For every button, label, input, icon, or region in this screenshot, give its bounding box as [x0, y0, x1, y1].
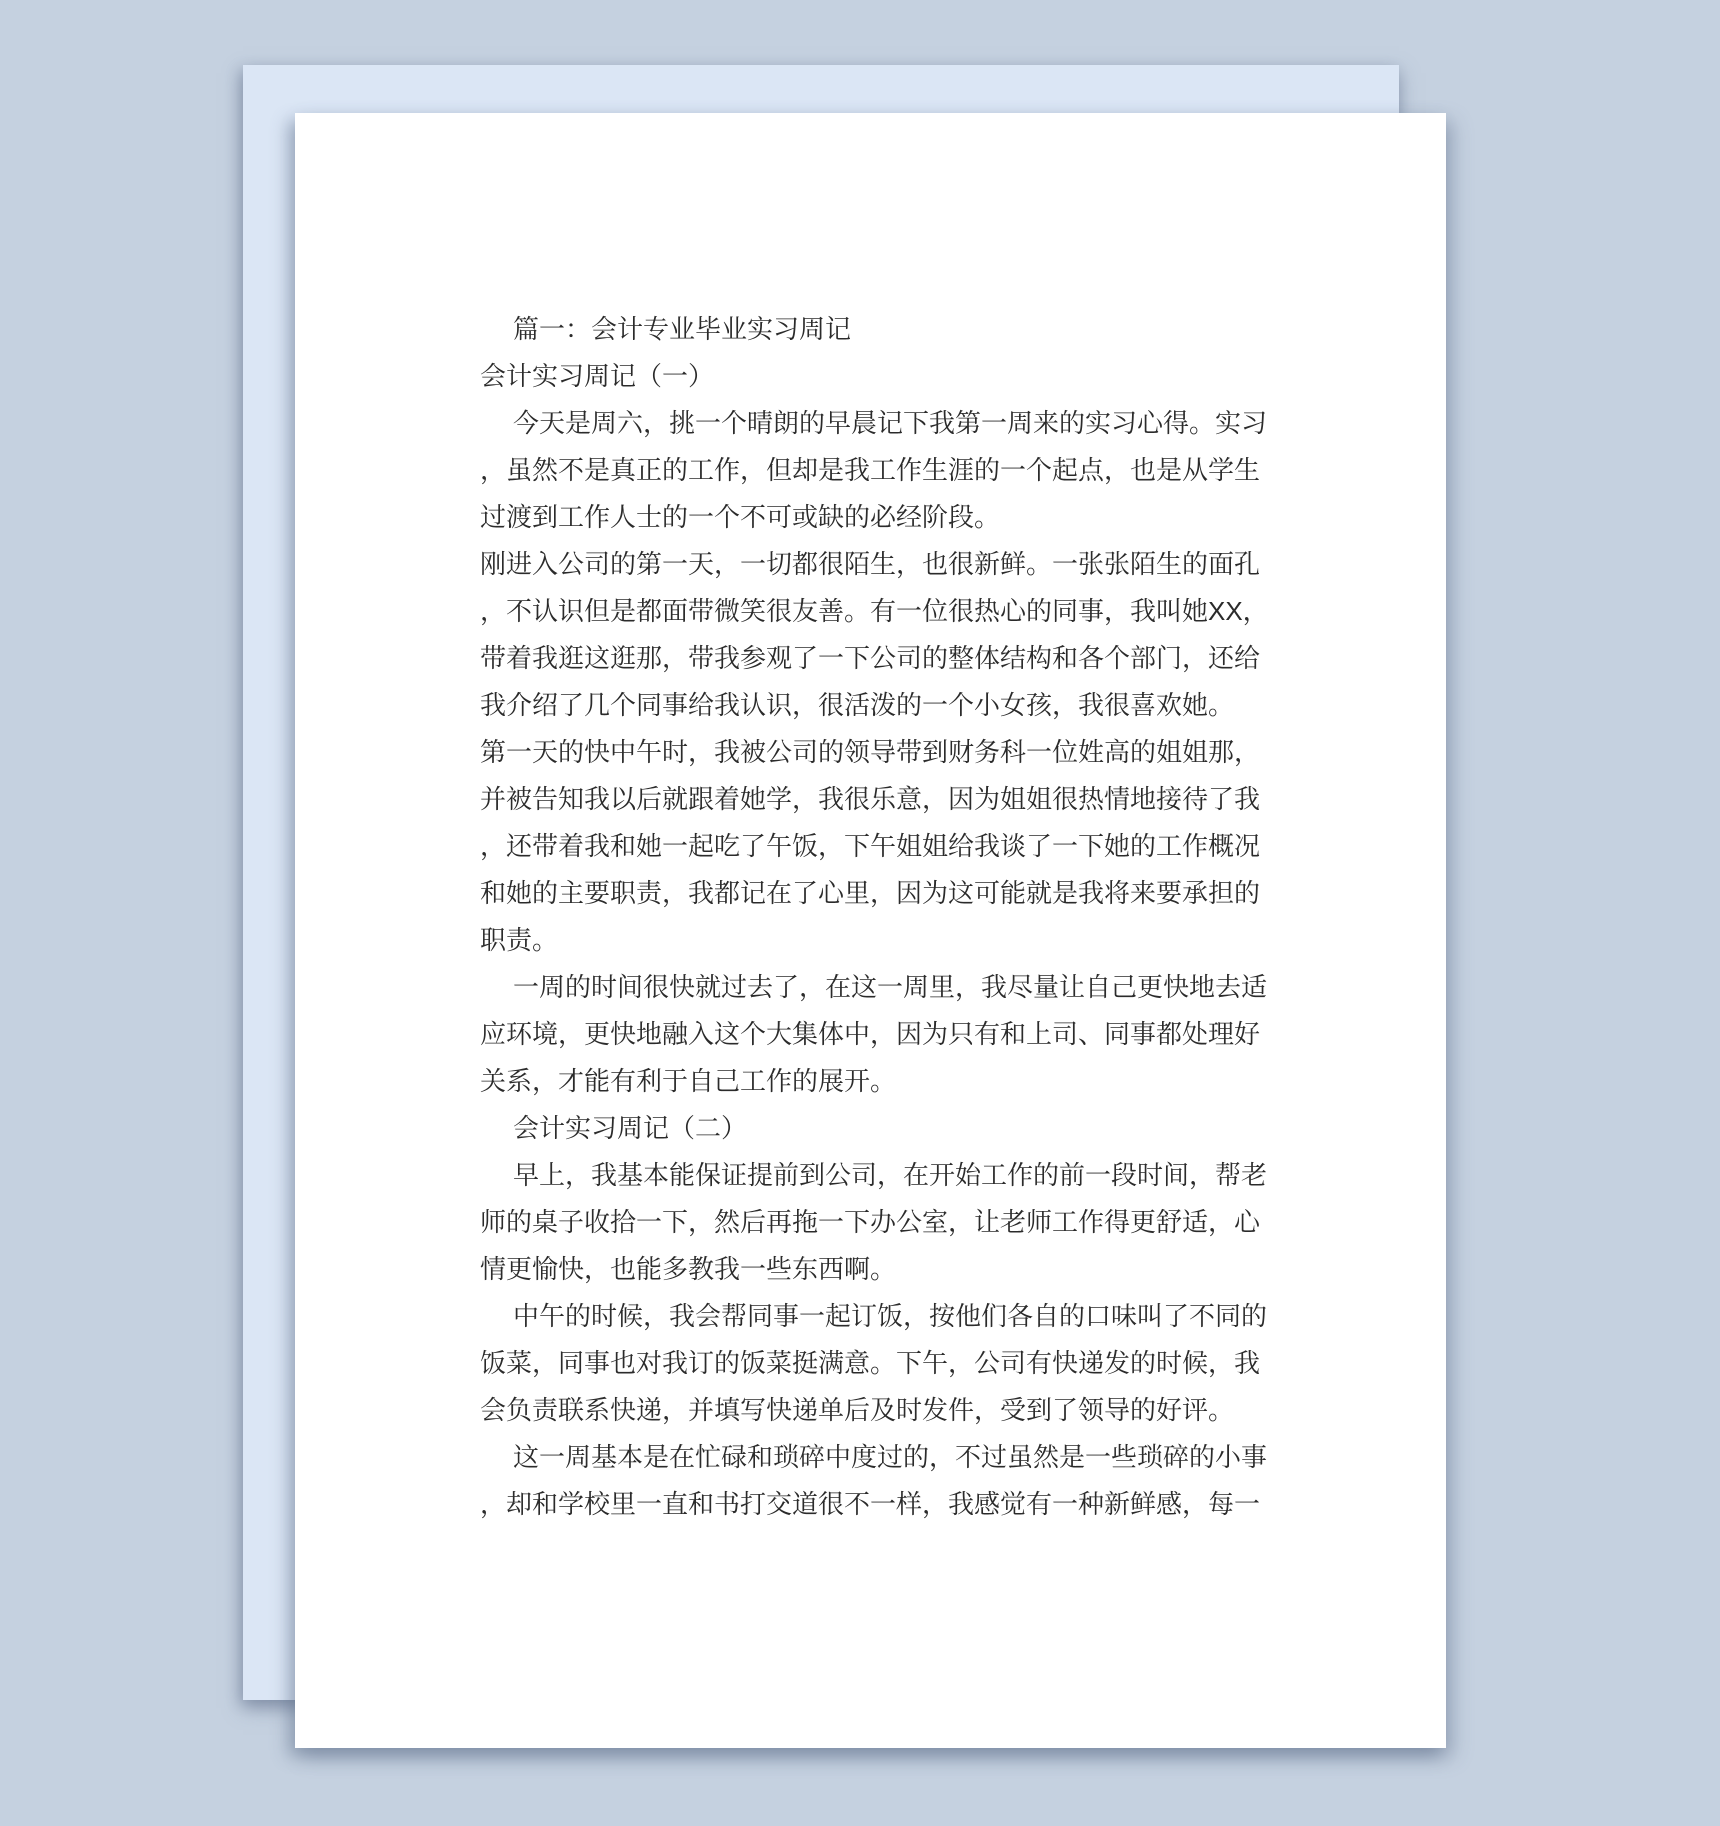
document-text-line: 过渡到工作人士的一个不可或缺的必经阶段。 [480, 494, 1280, 541]
document-text-line: 职责。 [480, 917, 1280, 964]
document-text-line: 会计实习周记（一） [480, 353, 1280, 400]
document-text-line: 饭菜，同事也对我订的饭菜挺满意。下午，公司有快递发的时候，我 [480, 1340, 1280, 1387]
desktop-background: 篇一：会计专业毕业实习周记会计实习周记（一）今天是周六，挑一个晴朗的早晨记下我第… [0, 0, 1720, 1826]
document-text-line: 关系，才能有利于自己工作的展开。 [480, 1058, 1280, 1105]
document-text-line: ，不认识但是都面带微笑很友善。有一位很热心的同事，我叫她XX， [480, 588, 1280, 635]
document-text-line: 带着我逛这逛那，带我参观了一下公司的整体结构和各个部门，还给 [480, 635, 1280, 682]
document-lines: 篇一：会计专业毕业实习周记会计实习周记（一）今天是周六，挑一个晴朗的早晨记下我第… [480, 306, 1280, 1528]
document-text-line: 中午的时候，我会帮同事一起订饭，按他们各自的口味叫了不同的 [480, 1293, 1280, 1340]
document-text-line: 师的桌子收拾一下，然后再拖一下办公室，让老师工作得更舒适，心 [480, 1199, 1280, 1246]
document-text-line: 这一周基本是在忙碌和琐碎中度过的，不过虽然是一些琐碎的小事 [480, 1434, 1280, 1481]
document-text-line: 我介绍了几个同事给我认识，很活泼的一个小女孩，我很喜欢她。 [480, 682, 1280, 729]
document-text-line: 刚进入公司的第一天，一切都很陌生，也很新鲜。一张张陌生的面孔 [480, 541, 1280, 588]
document-text-line: 并被告知我以后就跟着她学，我很乐意，因为姐姐很热情地接待了我 [480, 776, 1280, 823]
document-text-line: 一周的时间很快就过去了，在这一周里，我尽量让自己更快地去适 [480, 964, 1280, 1011]
document-text-line: ，还带着我和她一起吃了午饭，下午姐姐给我谈了一下她的工作概况 [480, 823, 1280, 870]
document-text-line: 会负责联系快递，并填写快递单后及时发件，受到了领导的好评。 [480, 1387, 1280, 1434]
document-text-line: 早上，我基本能保证提前到公司，在开始工作的前一段时间，帮老 [480, 1152, 1280, 1199]
document-text-line: 会计实习周记（二） [480, 1105, 1280, 1152]
document-text-line: ，却和学校里一直和书打交道很不一样，我感觉有一种新鲜感，每一 [480, 1481, 1280, 1528]
document-text-line: 应环境，更快地融入这个大集体中，因为只有和上司、同事都处理好 [480, 1011, 1280, 1058]
document-page: 篇一：会计专业毕业实习周记会计实习周记（一）今天是周六，挑一个晴朗的早晨记下我第… [295, 113, 1446, 1748]
document-text-line: 第一天的快中午时，我被公司的领导带到财务科一位姓高的姐姐那， [480, 729, 1280, 776]
document-text-line: ，虽然不是真正的工作，但却是我工作生涯的一个起点，也是从学生 [480, 447, 1280, 494]
document-text-line: 情更愉快，也能多教我一些东西啊。 [480, 1246, 1280, 1293]
document-text-line: 今天是周六，挑一个晴朗的早晨记下我第一周来的实习心得。实习 [480, 400, 1280, 447]
document-text-line: 和她的主要职责，我都记在了心里，因为这可能就是我将来要承担的 [480, 870, 1280, 917]
document-text-line: 篇一：会计专业毕业实习周记 [480, 306, 1280, 353]
